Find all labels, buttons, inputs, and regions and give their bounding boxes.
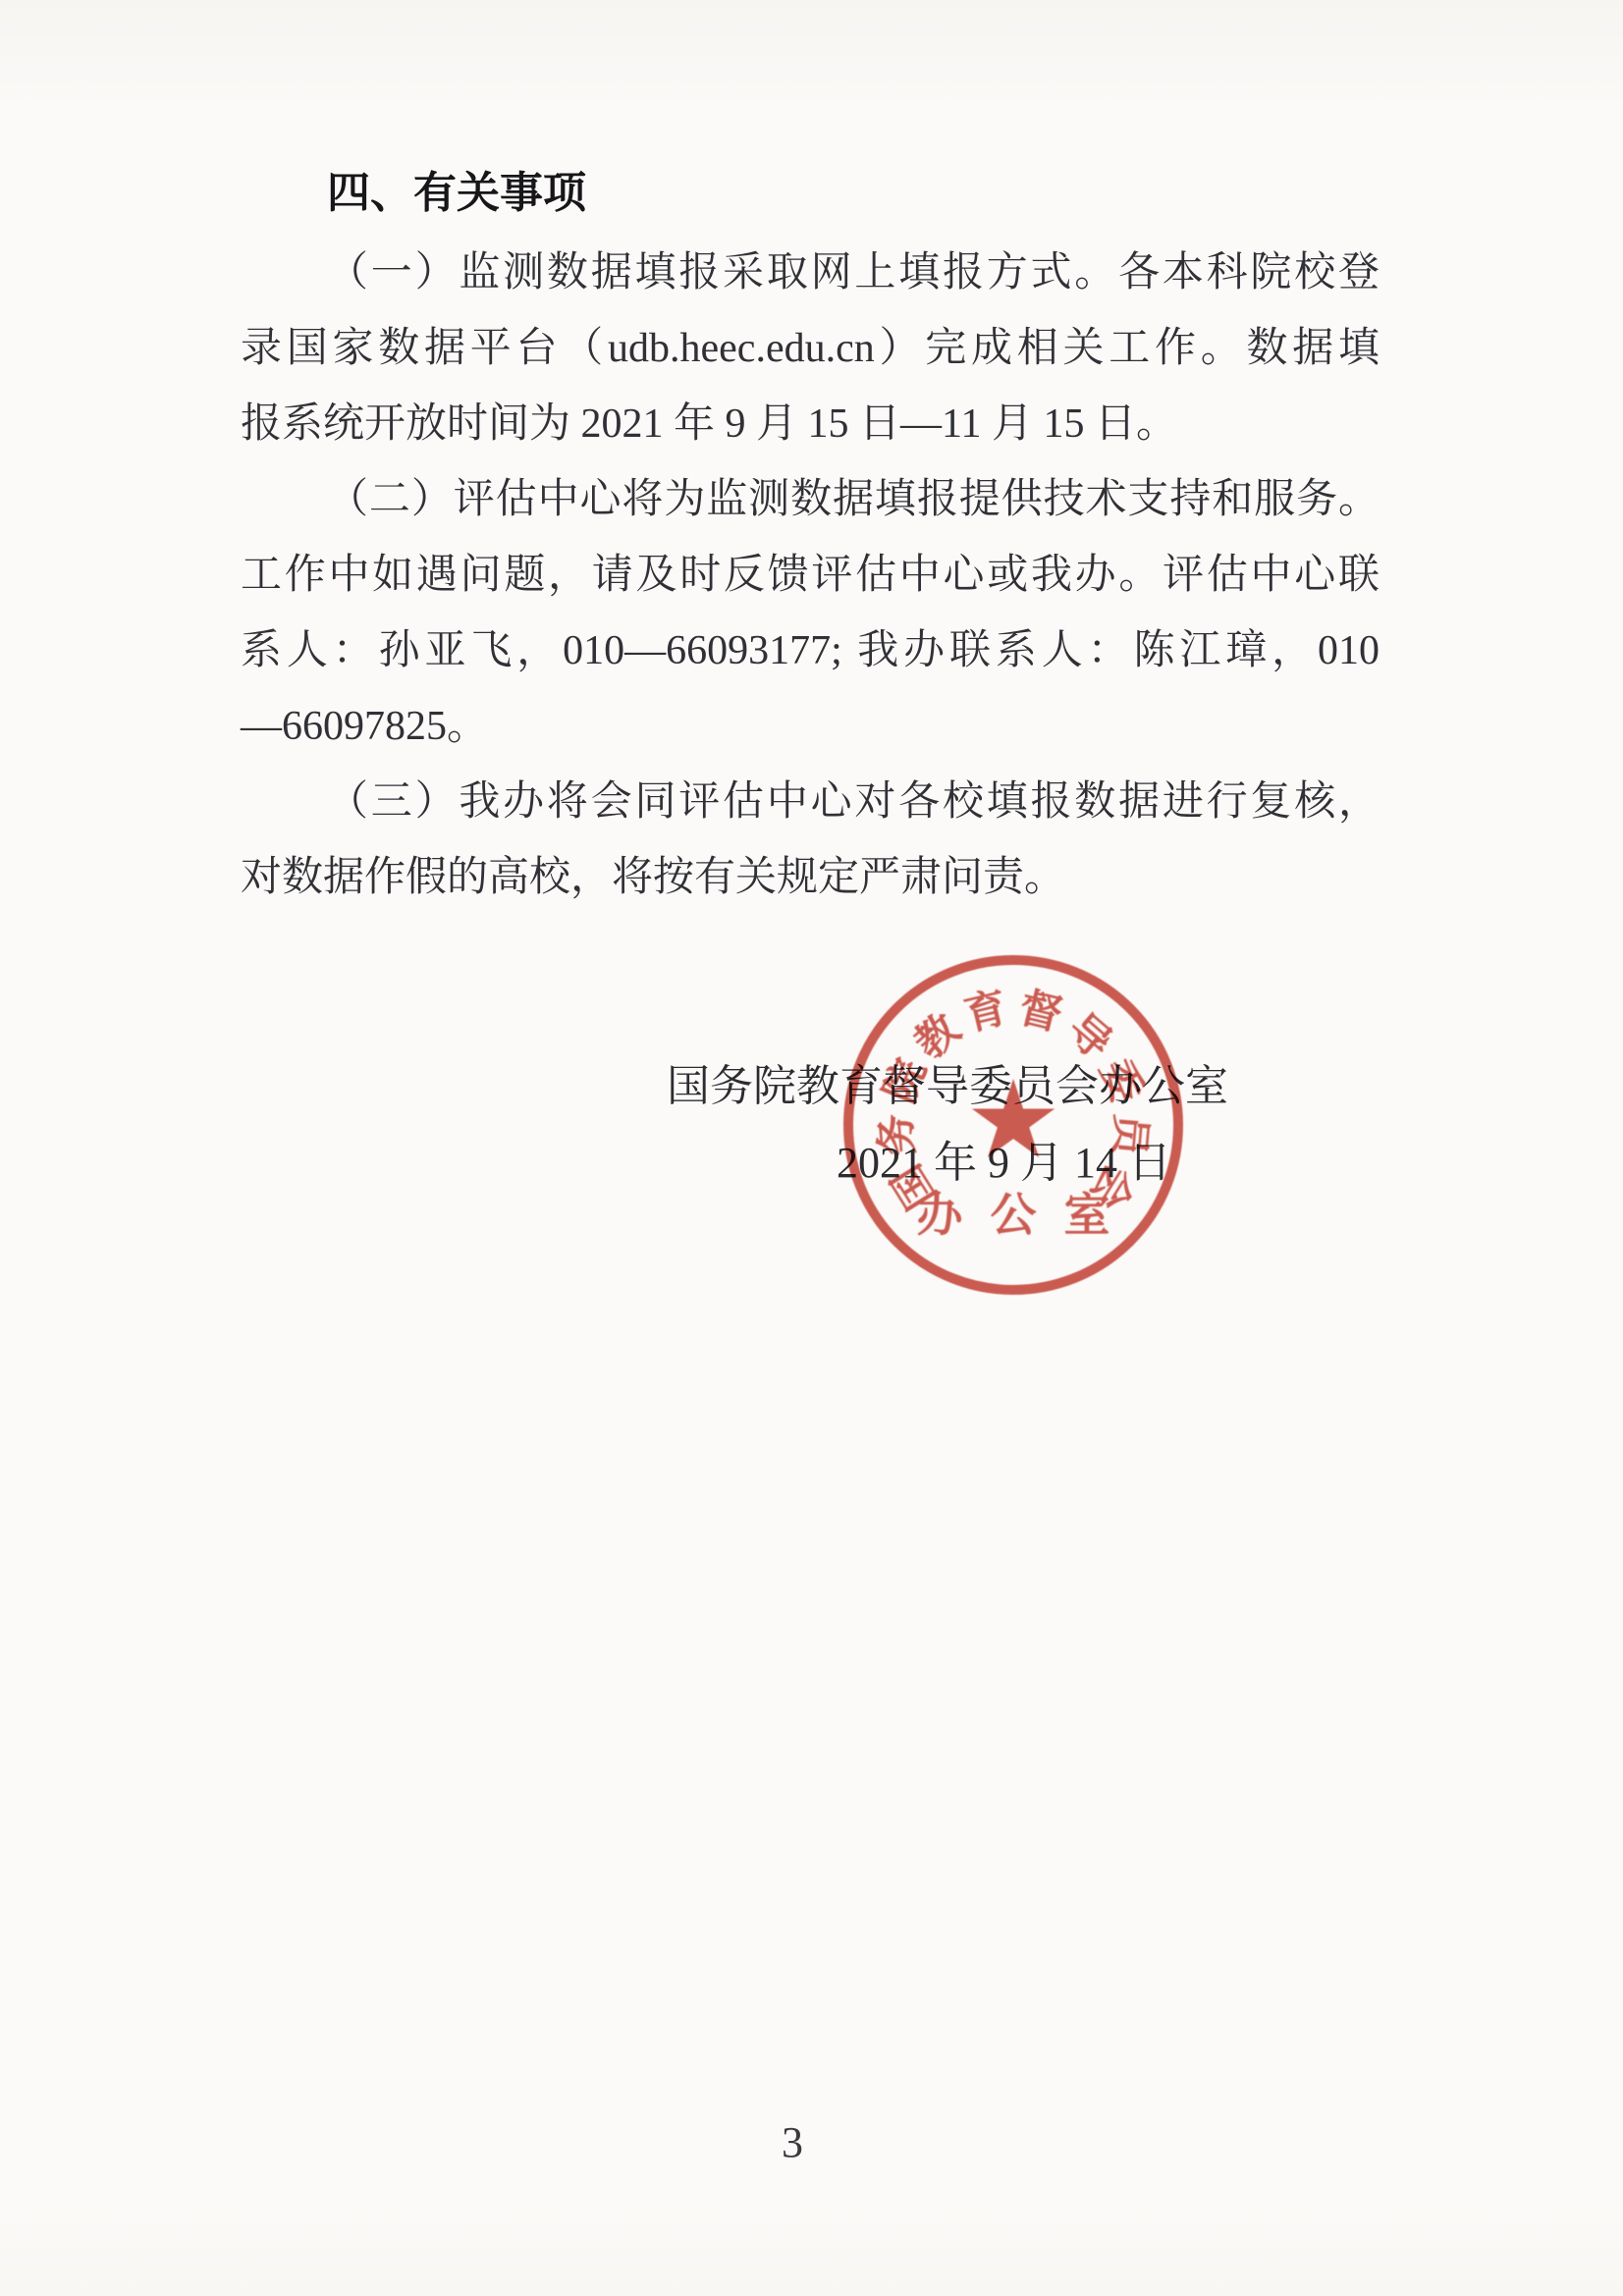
paragraph-line: 系人：孙亚飞，010—66093177; 我办联系人：陈江璋，010 <box>241 614 1380 689</box>
paragraph-line: 录国家数据平台（udb.heec.edu.cn）完成相关工作。数据填 <box>241 311 1380 387</box>
body-text: （一）监测数据填报采取网上填报方式。各本科院校登 录国家数据平台（udb.hee… <box>241 236 1380 916</box>
seal-bottom-text: 办公室 <box>843 1179 1183 1245</box>
paragraph-line: 报系统开放时间为 2021 年 9 月 15 日—11 月 15 日。 <box>241 387 1380 462</box>
seal-arc-char: 员 <box>1101 1111 1163 1158</box>
section-heading: 四、有关事项 <box>327 155 586 231</box>
paragraph-line: （二）评估中心将为监测数据填报提供技术支持和服务。 <box>241 462 1380 538</box>
page-number: 3 <box>0 2105 1585 2180</box>
seal-star-icon: ★ <box>965 1066 1062 1174</box>
paragraph-line: （三）我办将会同评估中心对各校填报数据进行复核， <box>241 765 1380 840</box>
document-page: 四、有关事项 （一）监测数据填报采取网上填报方式。各本科院校登 录国家数据平台（… <box>0 0 1623 2296</box>
paragraph-line: 对数据作假的高校，将按有关规定严肃问责。 <box>241 840 1380 916</box>
paragraph-line: —66097825。 <box>241 689 1380 765</box>
official-seal: 国务院教育督导委员会 ★ 办公室 <box>843 955 1183 1295</box>
paragraph-line: （一）监测数据填报采取网上填报方式。各本科院校登 <box>241 236 1380 311</box>
paragraph-line: 工作中如遇问题，请及时反馈评估中心或我办。评估中心联 <box>241 538 1380 614</box>
seal-arc-char: 务 <box>862 1111 925 1158</box>
